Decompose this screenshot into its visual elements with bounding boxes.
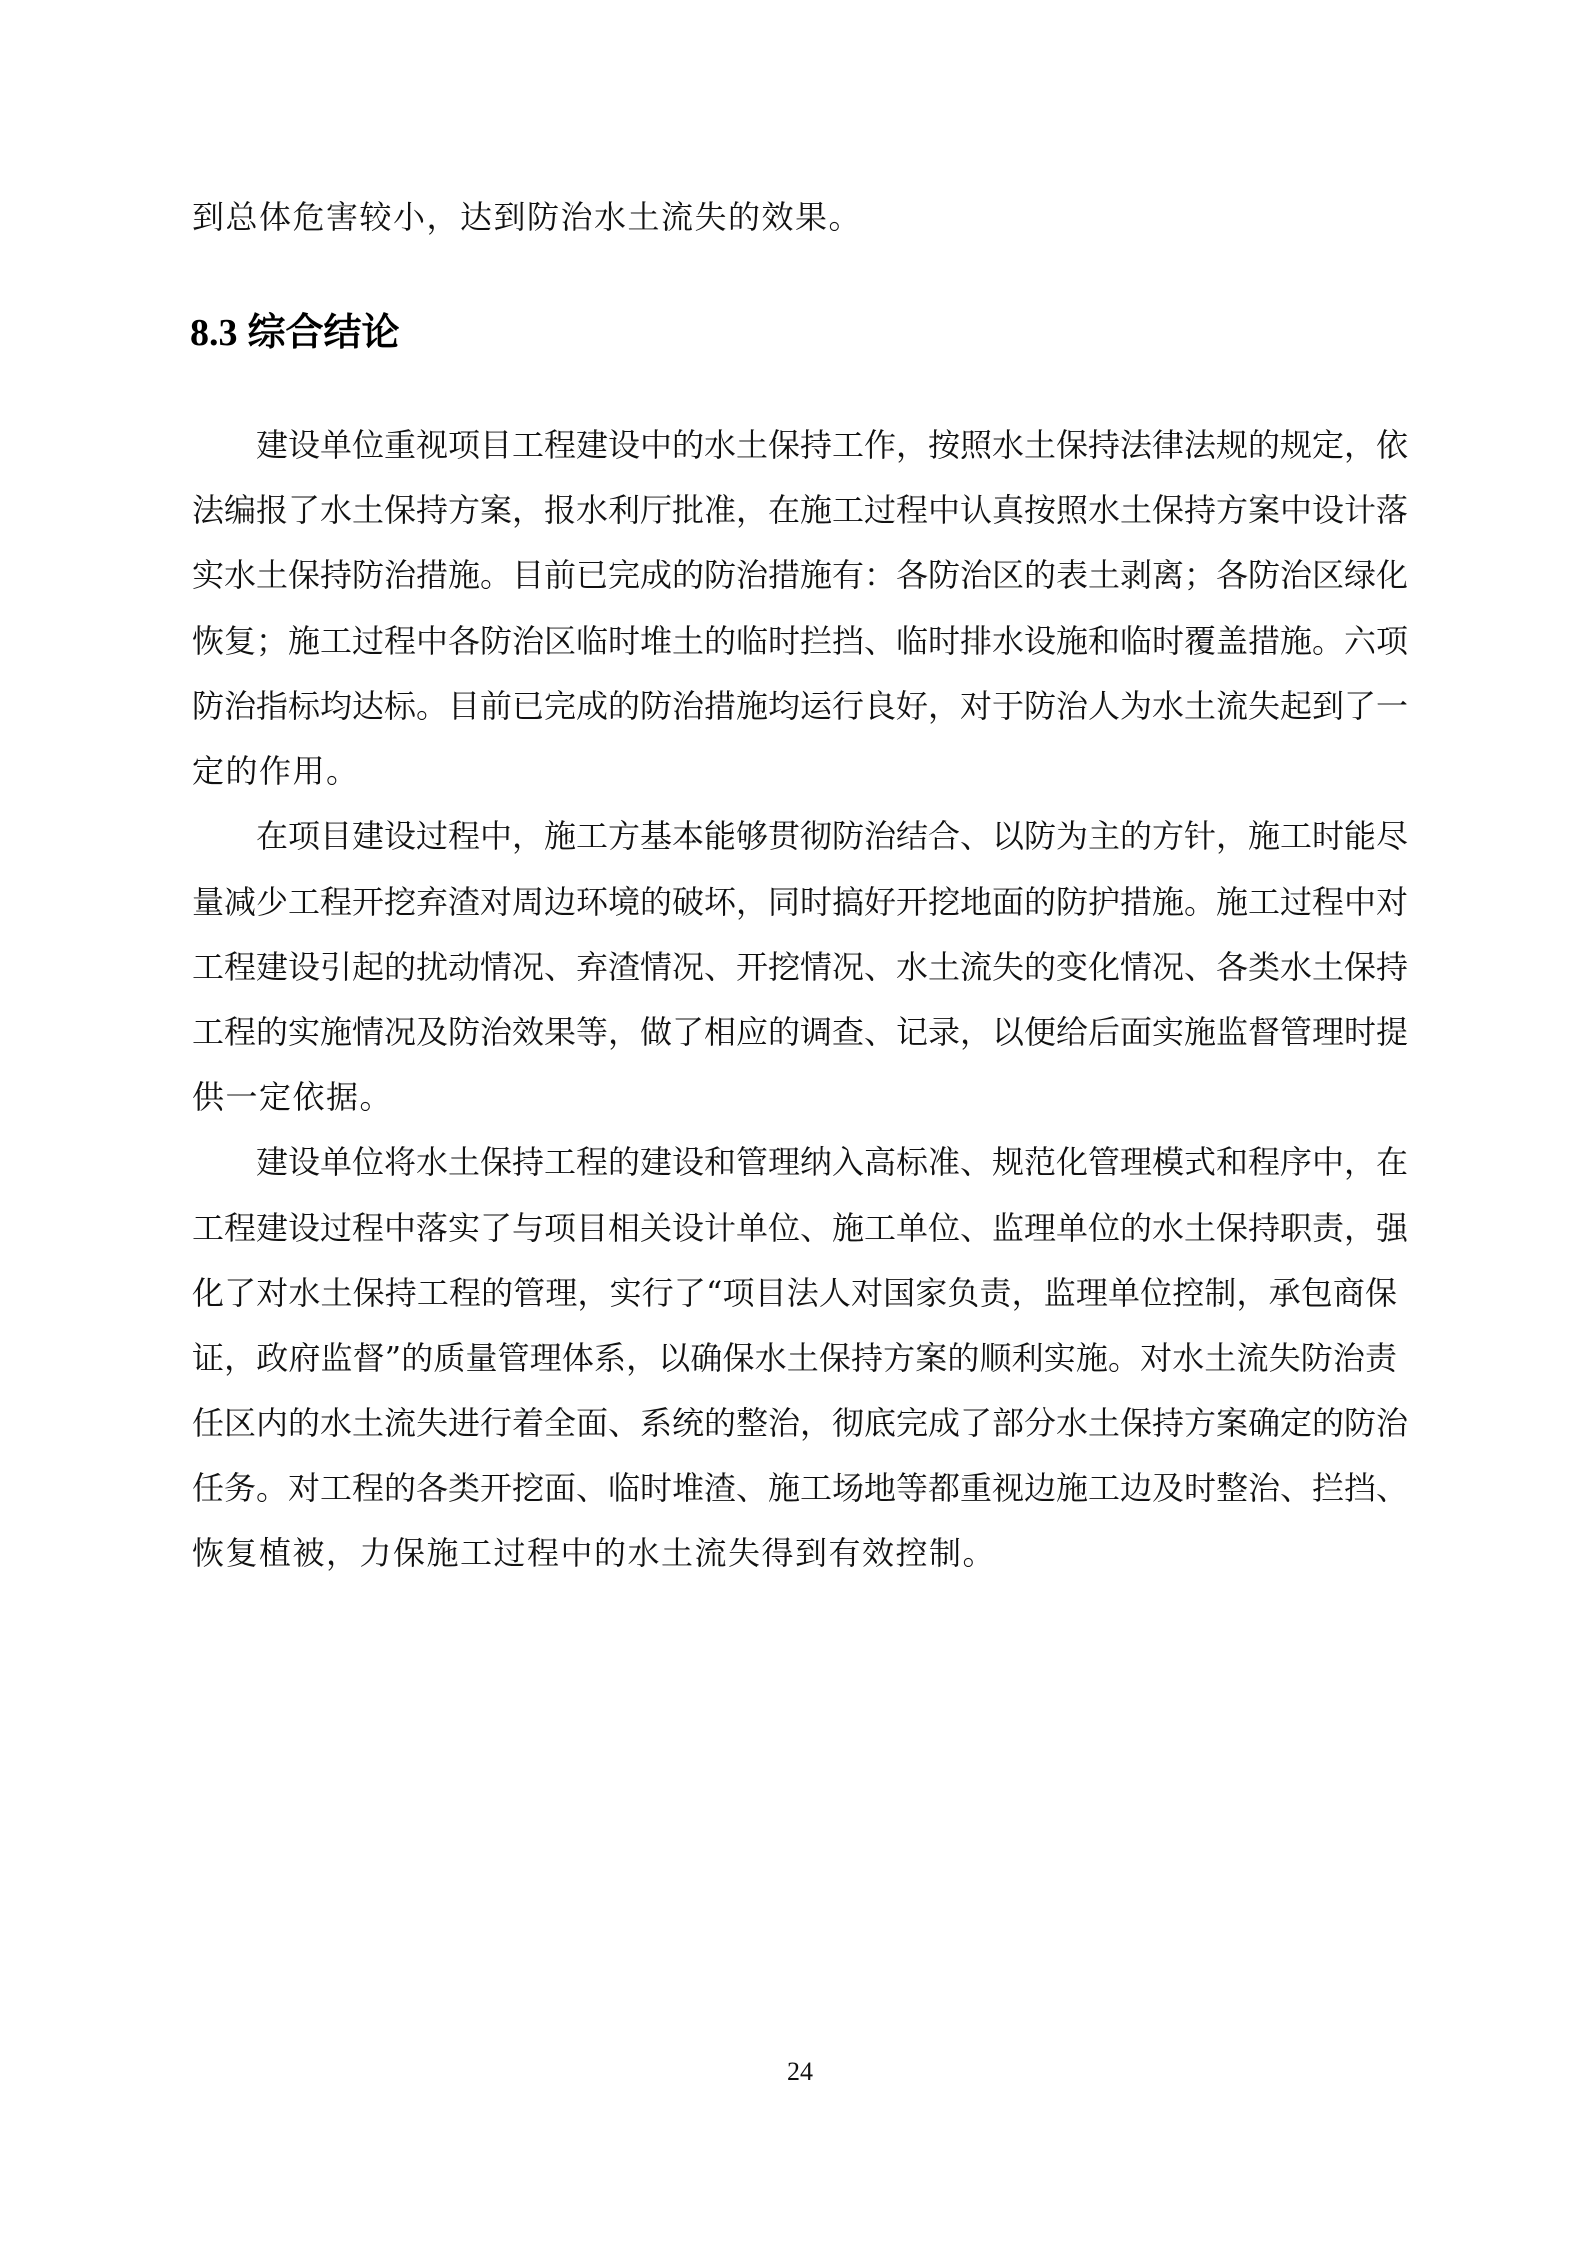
paragraph-line: 量减少工程开挖弃渣对周边环境的破坏，同时搞好开挖地面的防护措施。施工过程中对: [192, 882, 1397, 922]
paragraph-line: 恢复；施工过程中各防治区临时堆土的临时拦挡、临时排水设施和临时覆盖措施。六项: [192, 621, 1397, 661]
paragraph-line: 化了对水土保持工程的管理，实行了“项目法人对国家负责，监理单位控制，承包商保: [192, 1273, 1397, 1313]
paragraph-line: 法编报了水土保持方案，报水利厅批准，在施工过程中认真按照水土保持方案中设计落: [192, 490, 1397, 530]
section-number: 8.3: [190, 312, 238, 354]
paragraph-line: 工程建设过程中落实了与项目相关设计单位、施工单位、监理单位的水土保持职责，强: [192, 1208, 1397, 1248]
page-number: 24: [780, 2056, 820, 2088]
paragraph-line: 工程建设引起的扰动情况、弃渣情况、开挖情况、水土流失的变化情况、各类水土保持: [192, 947, 1397, 987]
continuation-text: 到总体危害较小，达到防治水土流失的效果。: [192, 197, 1397, 237]
paragraph-line: 任务。对工程的各类开挖面、临时堆渣、施工场地等都重视边施工边及时整治、拦挡、: [192, 1468, 1397, 1508]
paragraph-line: 任区内的水土流失进行着全面、系统的整治，彻底完成了部分水土保持方案确定的防治: [192, 1403, 1397, 1443]
section-title: 综合结论: [248, 310, 400, 354]
paragraph-line: 供一定依据。: [192, 1077, 1397, 1117]
document-page: 到总体危害较小，达到防治水土流失的效果。 8.3综合结论 建设单位重视项目工程建…: [0, 0, 1587, 2245]
paragraph-line: 建设单位将水土保持工程的建设和管理纳入高标准、规范化管理模式和程序中，在: [256, 1142, 1397, 1182]
section-heading: 8.3综合结论: [190, 310, 400, 355]
paragraph-line: 工程的实施情况及防治效果等，做了相应的调查、记录，以便给后面实施监督管理时提: [192, 1012, 1397, 1052]
paragraph-line: 实水土保持防治措施。目前已完成的防治措施有：各防治区的表土剥离；各防治区绿化: [192, 555, 1397, 595]
paragraph-line: 定的作用。: [192, 751, 1397, 791]
paragraph-line: 防治指标均达标。目前已完成的防治措施均运行良好，对于防治人为水土流失起到了一: [192, 686, 1397, 726]
paragraph-line: 恢复植被，力保施工过程中的水土流失得到有效控制。: [192, 1533, 1397, 1573]
paragraph-line: 在项目建设过程中，施工方基本能够贯彻防治结合、以防为主的方针，施工时能尽: [256, 816, 1397, 856]
paragraph-line: 证，政府监督”的质量管理体系，以确保水土保持方案的顺利实施。对水土流失防治责: [192, 1338, 1397, 1378]
paragraph-line: 建设单位重视项目工程建设中的水土保持工作，按照水土保持法律法规的规定，依: [256, 425, 1397, 465]
